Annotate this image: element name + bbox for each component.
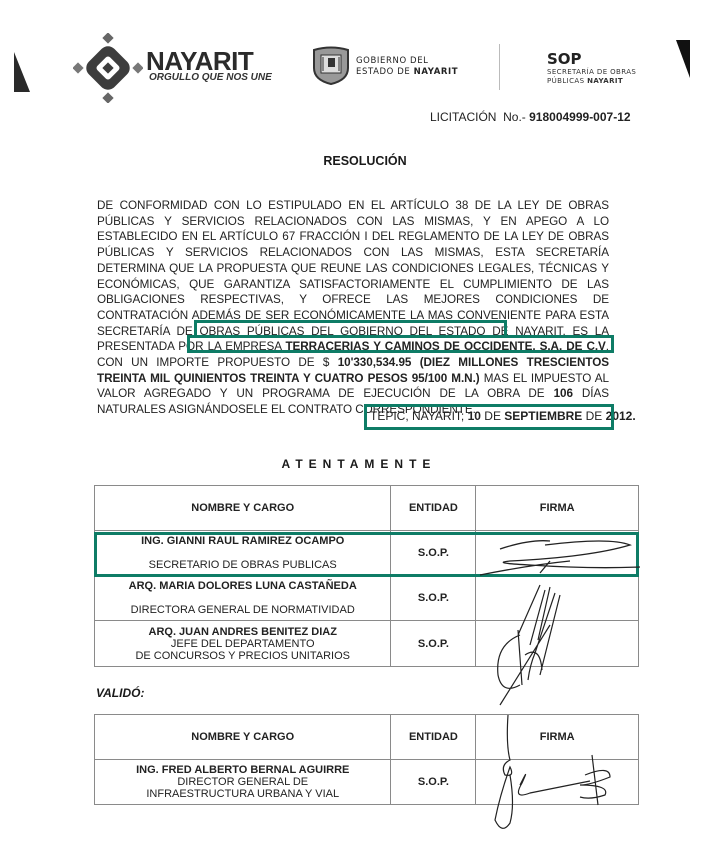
header-entity: ENTIDAD xyxy=(391,486,476,531)
government-label: GOBIERNO DEL ESTADO DE NAYARIT xyxy=(356,56,458,78)
header-divider xyxy=(499,44,500,90)
signature-cell xyxy=(476,621,639,667)
validators-table: NOMBRE Y CARGO ENTIDAD FIRMA ING. FRED A… xyxy=(94,714,639,805)
table-row: ARQ. MARIA DOLORES LUNA CASTAÑEDA DIRECT… xyxy=(95,576,639,621)
execution-days: 106 xyxy=(554,387,573,400)
signer-name: ARQ. MARIA DOLORES LUNA CASTAÑEDA xyxy=(95,580,390,592)
signer-cell: ARQ. JUAN ANDRES BENITEZ DIAZ JEFE DEL D… xyxy=(95,621,391,667)
table-row: ARQ. JUAN ANDRES BENITEZ DIAZ JEFE DEL D… xyxy=(95,621,639,667)
page-title: RESOLUCIÓN xyxy=(0,154,710,168)
corner-mark-left xyxy=(14,52,30,92)
sop-line-2: PÚBLICAS xyxy=(547,77,587,85)
gov-line-2-bold: NAYARIT xyxy=(414,67,459,77)
date-sep: DE xyxy=(481,409,504,423)
corner-mark-right xyxy=(676,40,690,78)
sop-line-2-bold: NAYARIT xyxy=(587,77,623,85)
validator-cell: ING. FRED ALBERTO BERNAL AGUIRRE DIRECTO… xyxy=(95,760,391,805)
table-row: ING. FRED ALBERTO BERNAL AGUIRRE DIRECTO… xyxy=(95,760,639,805)
paragraph-text-1: DE CONFORMIDAD CON LO ESTIPULADO EN EL A… xyxy=(97,199,609,353)
tender-label: LICITACIÓN No.- xyxy=(430,110,529,124)
tender-number: LICITACIÓN No.- 918004999-007-12 xyxy=(430,110,631,124)
signing-date: TEPIC, NAYARIT; 10 DE SEPTIEMBRE DE 2012… xyxy=(370,409,636,423)
signer-entity: S.O.P. xyxy=(391,576,476,621)
validator-name: ING. FRED ALBERTO BERNAL AGUIRRE xyxy=(95,764,390,776)
table-header-row: NOMBRE Y CARGO ENTIDAD FIRMA xyxy=(95,486,639,531)
signer-role: SECRETARIO DE OBRAS PUBLICAS xyxy=(95,559,390,571)
date-day: 10 xyxy=(468,409,481,423)
signer-entity: S.O.P. xyxy=(391,621,476,667)
date-place: TEPIC, NAYARIT; xyxy=(370,409,468,423)
signer-cell: ING. GIANNI RAUL RAMIREZ OCAMPO SECRETAR… xyxy=(95,531,391,576)
signer-role: JEFE DEL DEPARTAMENTO xyxy=(95,638,390,650)
resolution-paragraph: DE CONFORMIDAD CON LO ESTIPULADO EN EL A… xyxy=(97,198,609,418)
brand-word: NAYARIT xyxy=(146,48,253,74)
validated-label: VALIDÓ: xyxy=(96,686,144,700)
signer-role: DE CONCURSOS Y PRECIOS UNITARIOS xyxy=(95,650,390,662)
header-name: NOMBRE Y CARGO xyxy=(95,486,391,531)
date-month: SEPTIEMBRE xyxy=(504,409,582,423)
header-name: NOMBRE Y CARGO xyxy=(95,715,391,760)
signature-cell xyxy=(476,531,639,576)
validator-entity: S.O.P. xyxy=(391,760,476,805)
nayarit-logo-icon xyxy=(73,33,143,103)
sop-title: SOP xyxy=(547,50,582,68)
signer-name: ING. GIANNI RAUL RAMIREZ OCAMPO xyxy=(95,535,390,547)
tender-value: 918004999-007-12 xyxy=(529,110,630,124)
table-row: ING. GIANNI RAUL RAMIREZ OCAMPO SECRETAR… xyxy=(95,531,639,576)
header-signature: FIRMA xyxy=(476,715,639,760)
validator-role: DIRECTOR GENERAL DE xyxy=(95,776,390,788)
state-shield-icon xyxy=(310,44,352,86)
signer-cell: ARQ. MARIA DOLORES LUNA CASTAÑEDA DIRECT… xyxy=(95,576,391,621)
sop-line-1: SECRETARÍA DE OBRAS xyxy=(547,68,636,77)
signature-cell xyxy=(476,760,639,805)
closing-label: ATENTAMENTE xyxy=(0,457,710,471)
signer-role: DIRECTORA GENERAL DE NORMATIVIDAD xyxy=(95,604,390,616)
header-entity: ENTIDAD xyxy=(391,715,476,760)
signature-cell xyxy=(476,576,639,621)
company-name: TERRACERIAS Y CAMINOS DE OCCIDENTE, S.A.… xyxy=(285,340,605,353)
signers-table: NOMBRE Y CARGO ENTIDAD FIRMA ING. GIANNI… xyxy=(94,485,639,667)
header-signature: FIRMA xyxy=(476,486,639,531)
gov-line-2: ESTADO DE xyxy=(356,67,414,77)
gov-line-1: GOBIERNO DEL xyxy=(356,56,458,67)
signer-name: ARQ. JUAN ANDRES BENITEZ DIAZ xyxy=(95,626,390,638)
date-year: 2012. xyxy=(606,409,636,423)
validator-role: INFRAESTRUCTURA URBANA Y VIAL xyxy=(95,788,390,800)
brand-slogan: ORGULLO QUE NOS UNE xyxy=(149,72,272,83)
sop-subtitle: SECRETARÍA DE OBRAS PÚBLICAS NAYARIT xyxy=(547,68,636,86)
table-header-row: NOMBRE Y CARGO ENTIDAD FIRMA xyxy=(95,715,639,760)
signer-entity: S.O.P. xyxy=(391,531,476,576)
date-sep-2: DE xyxy=(582,409,605,423)
